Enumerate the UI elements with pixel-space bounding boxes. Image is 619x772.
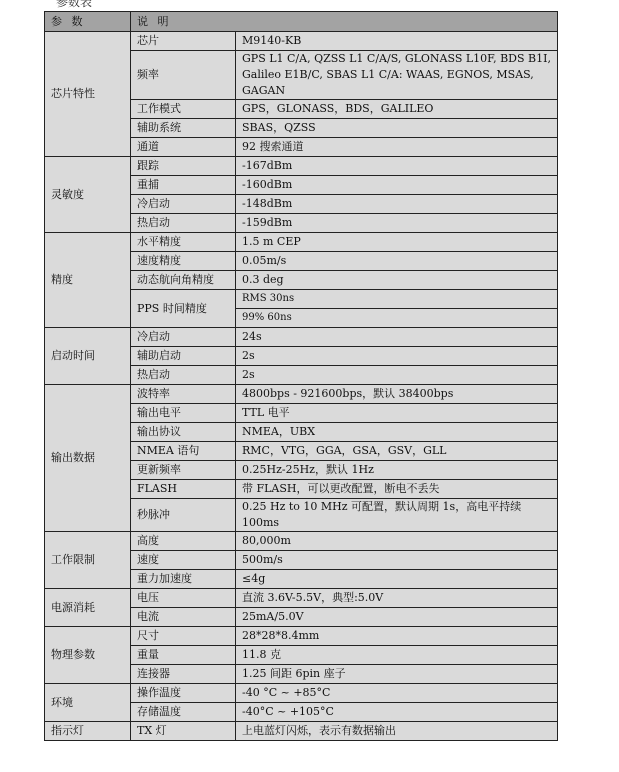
param-value: GPS L1 C/A, QZSS L1 C/A/S, GLONASS L10F,…: [236, 51, 558, 100]
param-value: M9140-KB: [236, 32, 558, 51]
table-row: 工作限制高度80,000m: [45, 532, 558, 551]
param-value: 4800bps - 921600bps，默认 38400bps: [236, 385, 558, 404]
param-value: 2s: [236, 366, 558, 385]
param-label: 电流: [131, 608, 236, 627]
param-label: 重力加速度: [131, 570, 236, 589]
param-value: 99% 60ns: [236, 309, 558, 328]
param-label: 速度: [131, 551, 236, 570]
table-row: 灵敏度跟踪-167dBm: [45, 157, 558, 176]
param-value: 25mA/5.0V: [236, 608, 558, 627]
param-value: -40°C ~ +105°C: [236, 703, 558, 722]
param-label: 尺寸: [131, 627, 236, 646]
param-value: TTL 电平: [236, 404, 558, 423]
param-label: 芯片: [131, 32, 236, 51]
param-label: 电压: [131, 589, 236, 608]
param-value: 1.5 m CEP: [236, 233, 558, 252]
param-label: 高度: [131, 532, 236, 551]
param-value: 直流 3.6V-5.5V，典型:5.0V: [236, 589, 558, 608]
param-label: 更新频率: [131, 461, 236, 480]
param-value: NMEA，UBX: [236, 423, 558, 442]
param-label: 辅助启动: [131, 347, 236, 366]
param-value: RMC，VTG，GGA，GSA，GSV，GLL: [236, 442, 558, 461]
param-value: 0.25 Hz to 10 MHz 可配置，默认周期 1s，高电平持续 100m…: [236, 499, 558, 532]
param-value: 92 搜索通道: [236, 138, 558, 157]
param-value: 0.25Hz-25Hz，默认 1Hz: [236, 461, 558, 480]
param-label: 水平精度: [131, 233, 236, 252]
param-value: -159dBm: [236, 214, 558, 233]
param-value: SBAS，QZSS: [236, 119, 558, 138]
param-value: 上电蓝灯闪烁，表示有数据输出: [236, 722, 558, 741]
param-value: 0.3 deg: [236, 271, 558, 290]
table-header: 参 数 说 明: [45, 12, 558, 32]
param-label: 跟踪: [131, 157, 236, 176]
param-value: 11.8 克: [236, 646, 558, 665]
param-label: 速度精度: [131, 252, 236, 271]
param-label: 秒脉冲: [131, 499, 236, 532]
param-value: GPS，GLONASS，BDS，GALILEO: [236, 100, 558, 119]
table-row: 指示灯TX 灯上电蓝灯闪烁，表示有数据输出: [45, 722, 558, 741]
param-label: 波特率: [131, 385, 236, 404]
table-row: 物理参数尺寸28*28*8.4mm: [45, 627, 558, 646]
param-value: 2s: [236, 347, 558, 366]
param-value: 0.05m/s: [236, 252, 558, 271]
param-label: 输出协议: [131, 423, 236, 442]
param-value: -160dBm: [236, 176, 558, 195]
table-row: 环境操作温度-40 °C ~ +85°C: [45, 684, 558, 703]
param-value: -167dBm: [236, 157, 558, 176]
table-row: 输出数据波特率4800bps - 921600bps，默认 38400bps: [45, 385, 558, 404]
group-name: 芯片特性: [45, 32, 131, 157]
param-label: 存储温度: [131, 703, 236, 722]
param-value: RMS 30ns: [236, 290, 558, 309]
param-label: 重捕: [131, 176, 236, 195]
param-value: 28*28*8.4mm: [236, 627, 558, 646]
group-name: 电源消耗: [45, 589, 131, 627]
param-value: 24s: [236, 328, 558, 347]
param-value: 80,000m: [236, 532, 558, 551]
param-label: 频率: [131, 51, 236, 100]
param-label: PPS 时间精度: [131, 290, 236, 328]
param-label: 工作模式: [131, 100, 236, 119]
table-row: 芯片特性芯片M9140-KB: [45, 32, 558, 51]
table-row: 电源消耗电压直流 3.6V-5.5V，典型:5.0V: [45, 589, 558, 608]
param-label: 通道: [131, 138, 236, 157]
group-name: 启动时间: [45, 328, 131, 385]
param-value: 500m/s: [236, 551, 558, 570]
param-value: -148dBm: [236, 195, 558, 214]
param-value: -40 °C ~ +85°C: [236, 684, 558, 703]
param-label: 输出电平: [131, 404, 236, 423]
header-desc: 说 明: [131, 12, 558, 32]
table-row: 启动时间冷启动24s: [45, 328, 558, 347]
group-name: 物理参数: [45, 627, 131, 684]
param-label: 操作温度: [131, 684, 236, 703]
param-label: TX 灯: [131, 722, 236, 741]
param-label: 热启动: [131, 214, 236, 233]
table-row: 精度水平精度1.5 m CEP: [45, 233, 558, 252]
param-value: ≤4g: [236, 570, 558, 589]
param-label: 辅助系统: [131, 119, 236, 138]
param-label: 重量: [131, 646, 236, 665]
param-label: 连接器: [131, 665, 236, 684]
param-label: NMEA 语句: [131, 442, 236, 461]
param-value: 带 FLASH，可以更改配置，断电不丢失: [236, 480, 558, 499]
group-name: 环境: [45, 684, 131, 722]
group-name: 工作限制: [45, 532, 131, 589]
group-name: 输出数据: [45, 385, 131, 532]
param-value: 1.25 间距 6pin 座子: [236, 665, 558, 684]
group-name: 精度: [45, 233, 131, 328]
param-label: 冷启动: [131, 328, 236, 347]
group-name: 灵敏度: [45, 157, 131, 233]
param-label: 热启动: [131, 366, 236, 385]
header-param: 参 数: [45, 12, 131, 32]
param-label: FLASH: [131, 480, 236, 499]
group-name: 指示灯: [45, 722, 131, 741]
param-label: 动态航向角精度: [131, 271, 236, 290]
param-label: 冷启动: [131, 195, 236, 214]
table-caption: 参数表: [56, 0, 92, 10]
spec-table: 参 数 说 明 芯片特性芯片M9140-KB频率GPS L1 C/A, QZSS…: [44, 11, 558, 741]
